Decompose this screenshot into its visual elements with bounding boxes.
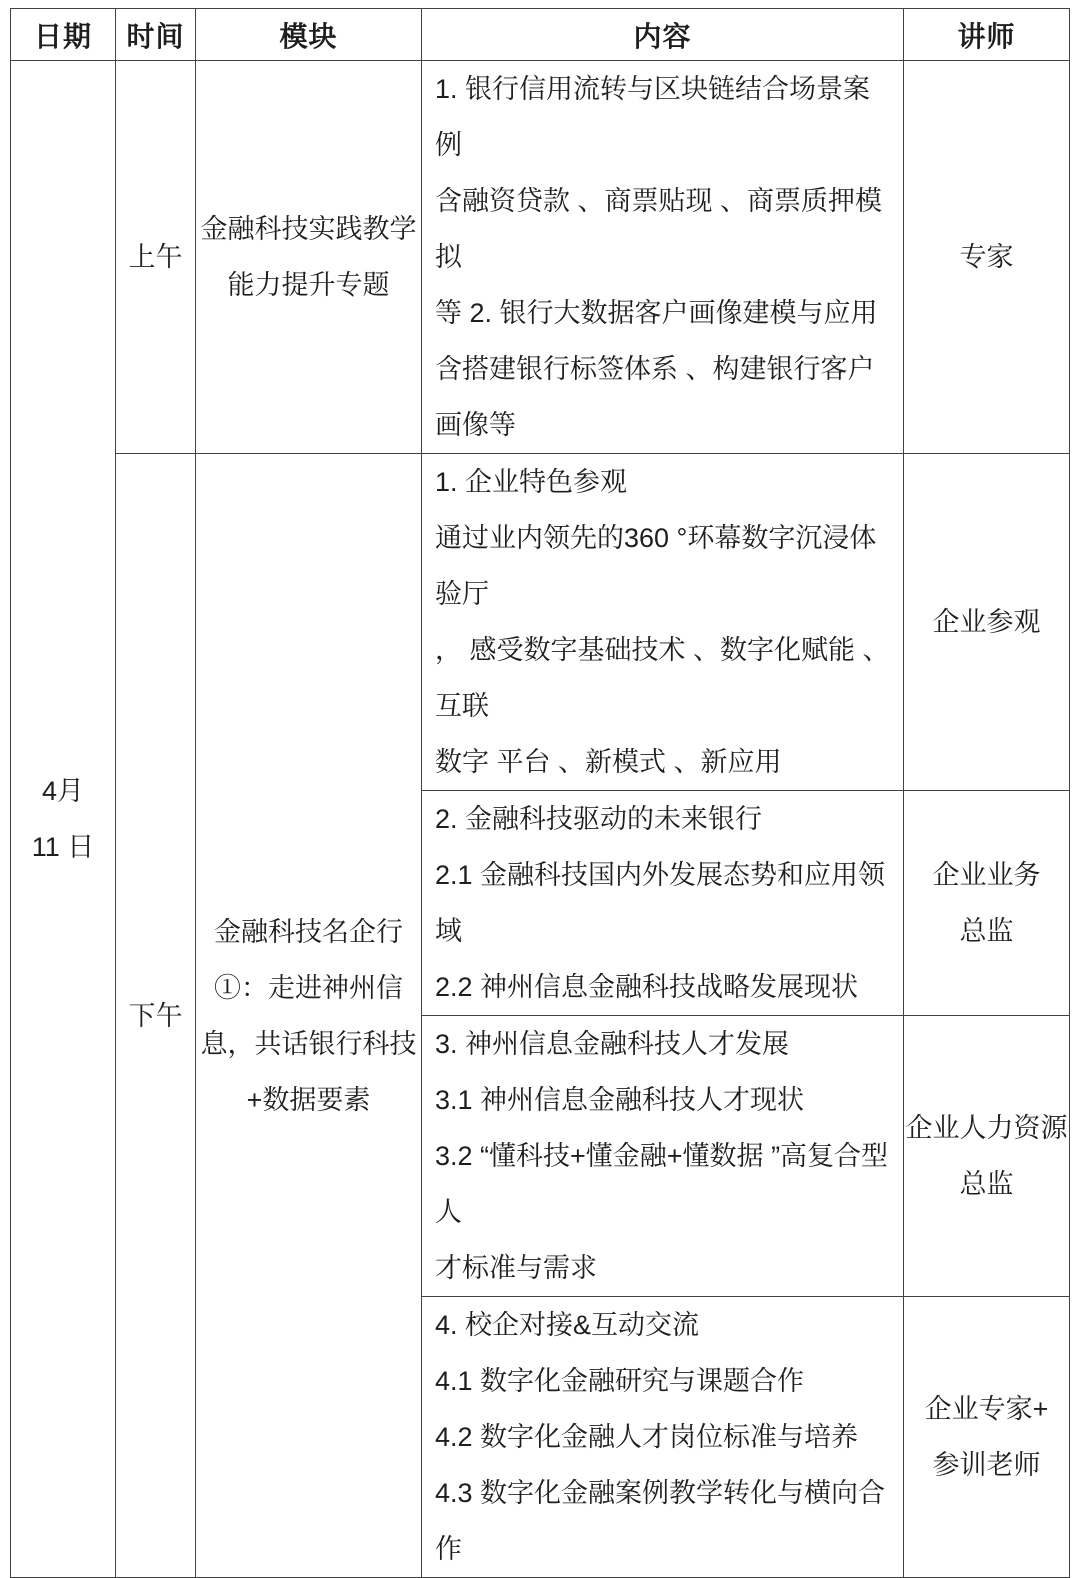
text-line: 企业专家+ [904, 1381, 1069, 1437]
page: 日期 时间 模块 内容 讲师 4月11 日 上午 金融科技实践教学能力提升专题 … [0, 0, 1080, 1578]
time-label: 上午 [116, 229, 195, 285]
text-line: 含搭建银行标签体系 、构建银行客户画像等 [435, 341, 897, 453]
text-line: 才标准与需求 [435, 1240, 897, 1296]
header-date: 日期 [11, 9, 116, 61]
text-line: 总监 [904, 903, 1069, 959]
header-module: 模块 [196, 9, 422, 61]
text-line: 2.2 神州信息金融科技战略发展现状 [435, 959, 897, 1015]
text-line: 3.1 神州信息金融科技人才现状 [435, 1072, 897, 1128]
content-cell-3: 2. 金融科技驱动的未来银行2.1 金融科技国内外发展态势和应用领域2.2 神州… [422, 791, 904, 1016]
text-line: 总监 [904, 1156, 1069, 1212]
text-line: 3. 神州信息金融科技人才发展 [435, 1016, 897, 1072]
lecturer-cell-3: 企业业务总监 [904, 791, 1070, 1016]
module-cell-afternoon: 金融科技名企行①：走进神州信息，共话银行科技+数据要素 [196, 454, 422, 1578]
text-line: 4. 校企对接&互动交流 [435, 1297, 897, 1353]
text-line: 企业业务 [904, 847, 1069, 903]
schedule-table: 日期 时间 模块 内容 讲师 4月11 日 上午 金融科技实践教学能力提升专题 … [10, 8, 1070, 1578]
date-cell: 4月11 日 [11, 61, 116, 1578]
text-line: 金融科技实践教学 [196, 201, 421, 257]
content-cell-4: 3. 神州信息金融科技人才发展3.1 神州信息金融科技人才现状3.2 “懂科技+… [422, 1016, 904, 1297]
header-row: 日期 时间 模块 内容 讲师 [11, 9, 1070, 61]
lecturer-cell-1: 专家 [904, 61, 1070, 454]
time-cell-afternoon: 下午 [116, 454, 196, 1578]
text-line: 息，共话银行科技 [196, 1016, 421, 1072]
content-cell-1: 1. 银行信用流转与区块链结合场景案例含融资贷款 、商票贴现 、商票质押模拟等 … [422, 61, 904, 454]
text-line: 企业人力资源 [904, 1100, 1069, 1156]
text-line: 能力提升专题 [196, 257, 421, 313]
header-time: 时间 [116, 9, 196, 61]
text-line: 专家 [904, 229, 1069, 285]
row-morning: 4月11 日 上午 金融科技实践教学能力提升专题 1. 银行信用流转与区块链结合… [11, 61, 1070, 454]
content-cell-5: 4. 校企对接&互动交流4.1 数字化金融研究与课题合作4.2 数字化金融人才岗… [422, 1297, 904, 1578]
header-lecturer: 讲师 [904, 9, 1070, 61]
time-cell-morning: 上午 [116, 61, 196, 454]
header-content: 内容 [422, 9, 904, 61]
time-label: 下午 [116, 988, 195, 1044]
text-line: 数字 平台 、新模式 、新应用 [435, 734, 897, 790]
module-cell-morning: 金融科技实践教学能力提升专题 [196, 61, 422, 454]
text-line: 金融科技名企行 [196, 904, 421, 960]
text-line: ①：走进神州信 [196, 960, 421, 1016]
text-line: 11 日 [11, 819, 115, 875]
text-line: 2. 金融科技驱动的未来银行 [435, 791, 897, 847]
text-line: 通过业内领先的360 °环幕数字沉浸体验厅 [435, 510, 897, 622]
text-line: ， 感受数字基础技术 、数字化赋能 、互联 [435, 622, 897, 734]
text-line: 等 2. 银行大数据客户画像建模与应用 [435, 285, 897, 341]
lecturer-cell-5: 企业专家+参训老师 [904, 1297, 1070, 1578]
text-line: 4.2 数字化金融人才岗位标准与培养 [435, 1409, 897, 1465]
text-line: 4.1 数字化金融研究与课题合作 [435, 1353, 897, 1409]
text-line: 4月 [11, 763, 115, 819]
content-cell-2: 1. 企业特色参观通过业内领先的360 °环幕数字沉浸体验厅， 感受数字基础技术… [422, 454, 904, 791]
text-line: 含融资贷款 、商票贴现 、商票质押模拟 [435, 173, 897, 285]
text-line: 2.1 金融科技国内外发展态势和应用领域 [435, 847, 897, 959]
text-line: 1. 银行信用流转与区块链结合场景案例 [435, 61, 897, 173]
text-line: 3.2 “懂科技+懂金融+懂数据 ”高复合型人 [435, 1128, 897, 1240]
row-visit: 下午 金融科技名企行①：走进神州信息，共话银行科技+数据要素 1. 企业特色参观… [11, 454, 1070, 791]
lecturer-cell-2: 企业参观 [904, 454, 1070, 791]
text-line: +数据要素 [196, 1072, 421, 1128]
text-line: 4.3 数字化金融案例教学转化与横向合作 [435, 1465, 897, 1577]
lecturer-cell-4: 企业人力资源总监 [904, 1016, 1070, 1297]
text-line: 1. 企业特色参观 [435, 454, 897, 510]
text-line: 企业参观 [904, 594, 1069, 650]
text-line: 参训老师 [904, 1437, 1069, 1493]
